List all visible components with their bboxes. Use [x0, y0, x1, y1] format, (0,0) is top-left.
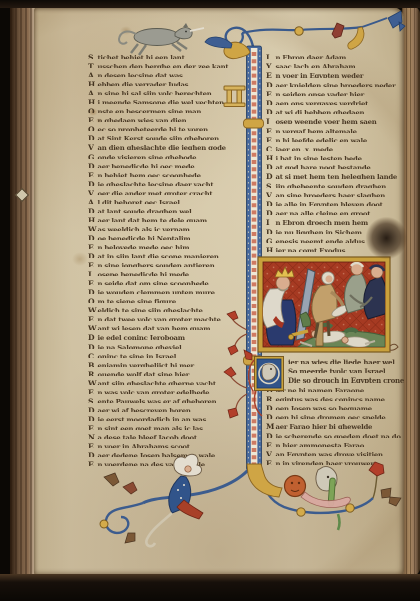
red-sprig [224, 311, 247, 418]
gold-knot [244, 119, 264, 128]
gold-bezant [295, 27, 303, 35]
grotesque-with-club [285, 467, 351, 508]
photo-edge-top [0, 0, 420, 8]
bar-top-blue-leaf [205, 37, 232, 48]
bottom-vine [100, 462, 401, 543]
ivy-leaf-blue [388, 11, 405, 31]
trefoil-flower [369, 462, 384, 476]
manuscript-photo: { "ms": { "left_column": { "lines": [ {"… [0, 0, 420, 601]
miniature [258, 257, 390, 352]
unicorn-figure [119, 23, 204, 55]
gold-bezant [297, 508, 305, 516]
pen-flourish [390, 344, 398, 350]
line-filler-ornament [224, 86, 245, 107]
illumination-overlay [0, 0, 420, 601]
ivy-leaf-brown [104, 473, 119, 486]
ivy-leaf-red [332, 23, 344, 38]
bar-foot-gold [247, 464, 282, 497]
ribbon [301, 492, 350, 508]
ivy-leaf-maroon [123, 482, 137, 494]
ivy-leaf-brown [381, 488, 401, 506]
gold-bezant [346, 504, 354, 512]
gold-bezant [100, 520, 108, 528]
photo-edge-bottom [0, 574, 420, 601]
ivy-leaf-brown [125, 533, 135, 543]
gold-leaf [348, 27, 364, 49]
